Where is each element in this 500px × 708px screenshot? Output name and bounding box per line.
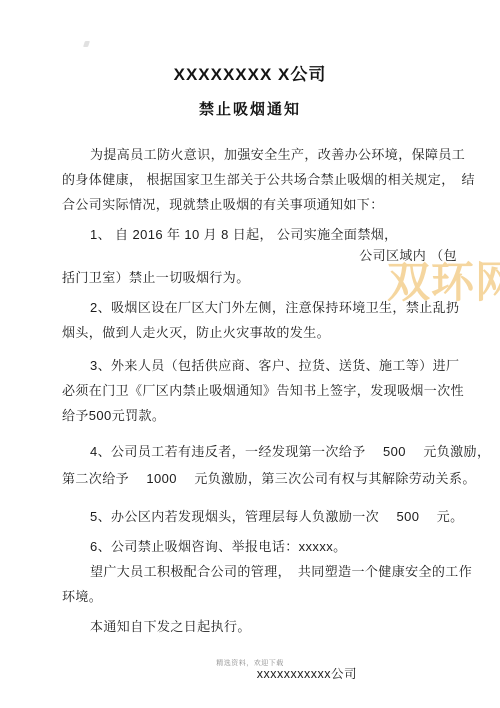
closing-paragraph: 望广大员工积极配合公司的管理， 共同塑造一个健康安全的工作 环境。 xyxy=(62,559,457,609)
notice-title: 禁止吸烟通知 xyxy=(0,85,500,119)
text-line: 必须在门卫《厂区内禁止吸烟通知》告知书上签字，发现吸烟一次性 xyxy=(62,378,457,403)
text-line: 烟头，做到人走火灭，防止火灾事故的发生。 xyxy=(62,320,457,345)
text-line: 4、公司员工若有违反者，一经发现第一次给予 500 元负激励， xyxy=(62,438,457,465)
item-3: 3、外来人员（包括供应商、客户、拉货、送货、施工等）进厂 必须在门卫《厂区内禁止… xyxy=(62,353,457,428)
company-title: XXXXXXXX X公司 xyxy=(0,0,500,85)
text-line: 括门卫室）禁止一切吸烟行为。 xyxy=(62,265,457,290)
text-line: 3、外来人员（包括供应商、客户、拉货、送货、施工等）进厂 xyxy=(62,353,457,378)
text-line: 5、办公区内若发现烟头，管理层每人负激励一次 500 元。 xyxy=(62,504,457,529)
text-line: 1、 自 2016 年 10 月 8 日起， 公司实施全面禁烟， xyxy=(62,222,457,247)
item-6: 6、公司禁止吸烟咨询、举报电话：xxxxx。 xyxy=(62,534,457,559)
item-2: 2、吸烟区设在厂区大门外左侧，注意保持环境卫生，禁止乱扔 烟头，做到人走火灭，防… xyxy=(62,295,457,345)
intro-paragraph: 为提高员工防火意识，加强安全生产，改善办公环境，保障员工 的身体健康， 根据国家… xyxy=(62,142,457,217)
effective-paragraph: 本通知自下发之日起执行。 xyxy=(62,614,457,639)
text-line: 为提高员工防火意识，加强安全生产，改善办公环境，保障员工 xyxy=(62,142,457,167)
text-line: 的身体健康， 根据国家卫生部关于公共场合禁止吸烟的相关规定， 结 xyxy=(62,167,457,192)
text-line: 合公司实际情况，现就禁止吸烟的有关事项通知如下： xyxy=(62,192,457,217)
text-line: 给予500元罚款。 xyxy=(62,403,457,428)
text-line: 第二次给予 1000 元负激励，第三次公司有权与其解除劳动关系。 xyxy=(62,465,457,492)
text-line: 本通知自下发之日起执行。 xyxy=(62,614,457,639)
text-line: 2、吸烟区设在厂区大门外左侧，注意保持环境卫生，禁止乱扔 xyxy=(62,295,457,320)
item-1: 1、 自 2016 年 10 月 8 日起， 公司实施全面禁烟， 公司区域内 （… xyxy=(62,222,457,290)
text-line: 环境。 xyxy=(62,584,457,609)
item-5: 5、办公区内若发现烟头，管理层每人负激励一次 500 元。 xyxy=(62,504,457,529)
text-line: 公司区域内 （包 xyxy=(62,247,457,265)
text-line: 望广大员工积极配合公司的管理， 共同塑造一个健康安全的工作 xyxy=(62,559,457,584)
item-4: 4、公司员工若有违反者，一经发现第一次给予 500 元负激励， 第二次给予 10… xyxy=(62,438,457,492)
footer-note: 精选资料，欢迎下载 xyxy=(0,658,500,668)
document-page: XXXXXXXX X公司 禁止吸烟通知 为提高员工防火意识，加强安全生产，改善办… xyxy=(0,0,500,708)
document-body: 为提高员工防火意识，加强安全生产，改善办公环境，保障员工 的身体健康， 根据国家… xyxy=(0,119,500,682)
text-line: 6、公司禁止吸烟咨询、举报电话：xxxxx。 xyxy=(62,534,457,559)
